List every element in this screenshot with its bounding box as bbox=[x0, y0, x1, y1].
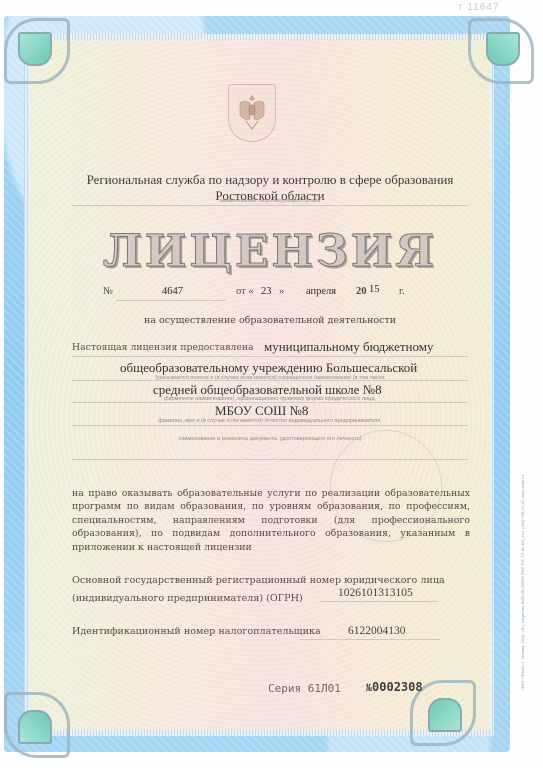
divider bbox=[300, 639, 440, 640]
divider bbox=[320, 601, 438, 602]
authority-line-1: Региональная служба по надзору и контрол… bbox=[87, 172, 454, 187]
blank-number-value: 0002308 bbox=[372, 680, 423, 694]
document-title: ЛИЦЕНЗИЯ bbox=[70, 226, 470, 277]
date-year-label: г. bbox=[399, 286, 405, 297]
printer-imprint: ООО «ЗНАК», г. Москва, 2013, «Б», лиценз… bbox=[520, 475, 525, 690]
handwritten-note: т 11647 bbox=[458, 2, 499, 13]
series-label: Серия bbox=[268, 682, 301, 695]
date-month: апреля bbox=[306, 286, 336, 297]
license-purpose: на осуществление образовательной деятель… bbox=[70, 315, 470, 326]
date-year-prefix: 20 bbox=[356, 286, 367, 297]
coat-of-arms-icon bbox=[228, 84, 276, 142]
license-number: 4647 bbox=[162, 286, 183, 297]
blank-series: Серия 61Л01 bbox=[268, 682, 341, 695]
license-document: т 11647 Региональная служба по надзору и… bbox=[0, 0, 543, 768]
date-day-close: » bbox=[279, 286, 284, 297]
divider bbox=[72, 380, 468, 381]
divider bbox=[72, 356, 468, 357]
divider bbox=[72, 205, 468, 206]
ogrn-value: 1026101313105 bbox=[338, 587, 413, 599]
inn-value: 6122004130 bbox=[348, 625, 406, 637]
number-label: № bbox=[103, 286, 113, 297]
divider bbox=[116, 300, 226, 301]
authority-hint: наименование лицензирующего органа bbox=[70, 198, 470, 204]
holder-line-4: МБОУ СОШ №8 bbox=[215, 403, 308, 419]
granted-to-label: Настоящая лицензия предоставлена bbox=[72, 342, 254, 353]
holder-hint-3: фамилия, имя и (в случае если имеется) о… bbox=[70, 418, 470, 424]
corner-ornament-icon bbox=[468, 14, 538, 84]
divider bbox=[72, 425, 468, 426]
date-year-suffix: 15 bbox=[369, 284, 380, 295]
date-from-label: от « bbox=[236, 286, 254, 297]
rights-text: на право оказывать образовательные услуг… bbox=[72, 487, 470, 554]
holder-line-1: муниципальному бюджетному bbox=[264, 339, 433, 355]
inn-label: Идентификационный номер налогоплательщик… bbox=[72, 626, 321, 637]
date-day: 23 bbox=[261, 286, 272, 297]
holder-line-2: общеобразовательному учреждению Большеса… bbox=[120, 360, 417, 376]
blank-number: №0002308 bbox=[366, 680, 423, 694]
series-value: 61Л01 bbox=[308, 682, 341, 695]
corner-ornament-icon bbox=[0, 14, 70, 84]
corner-ornament-icon bbox=[0, 692, 70, 762]
